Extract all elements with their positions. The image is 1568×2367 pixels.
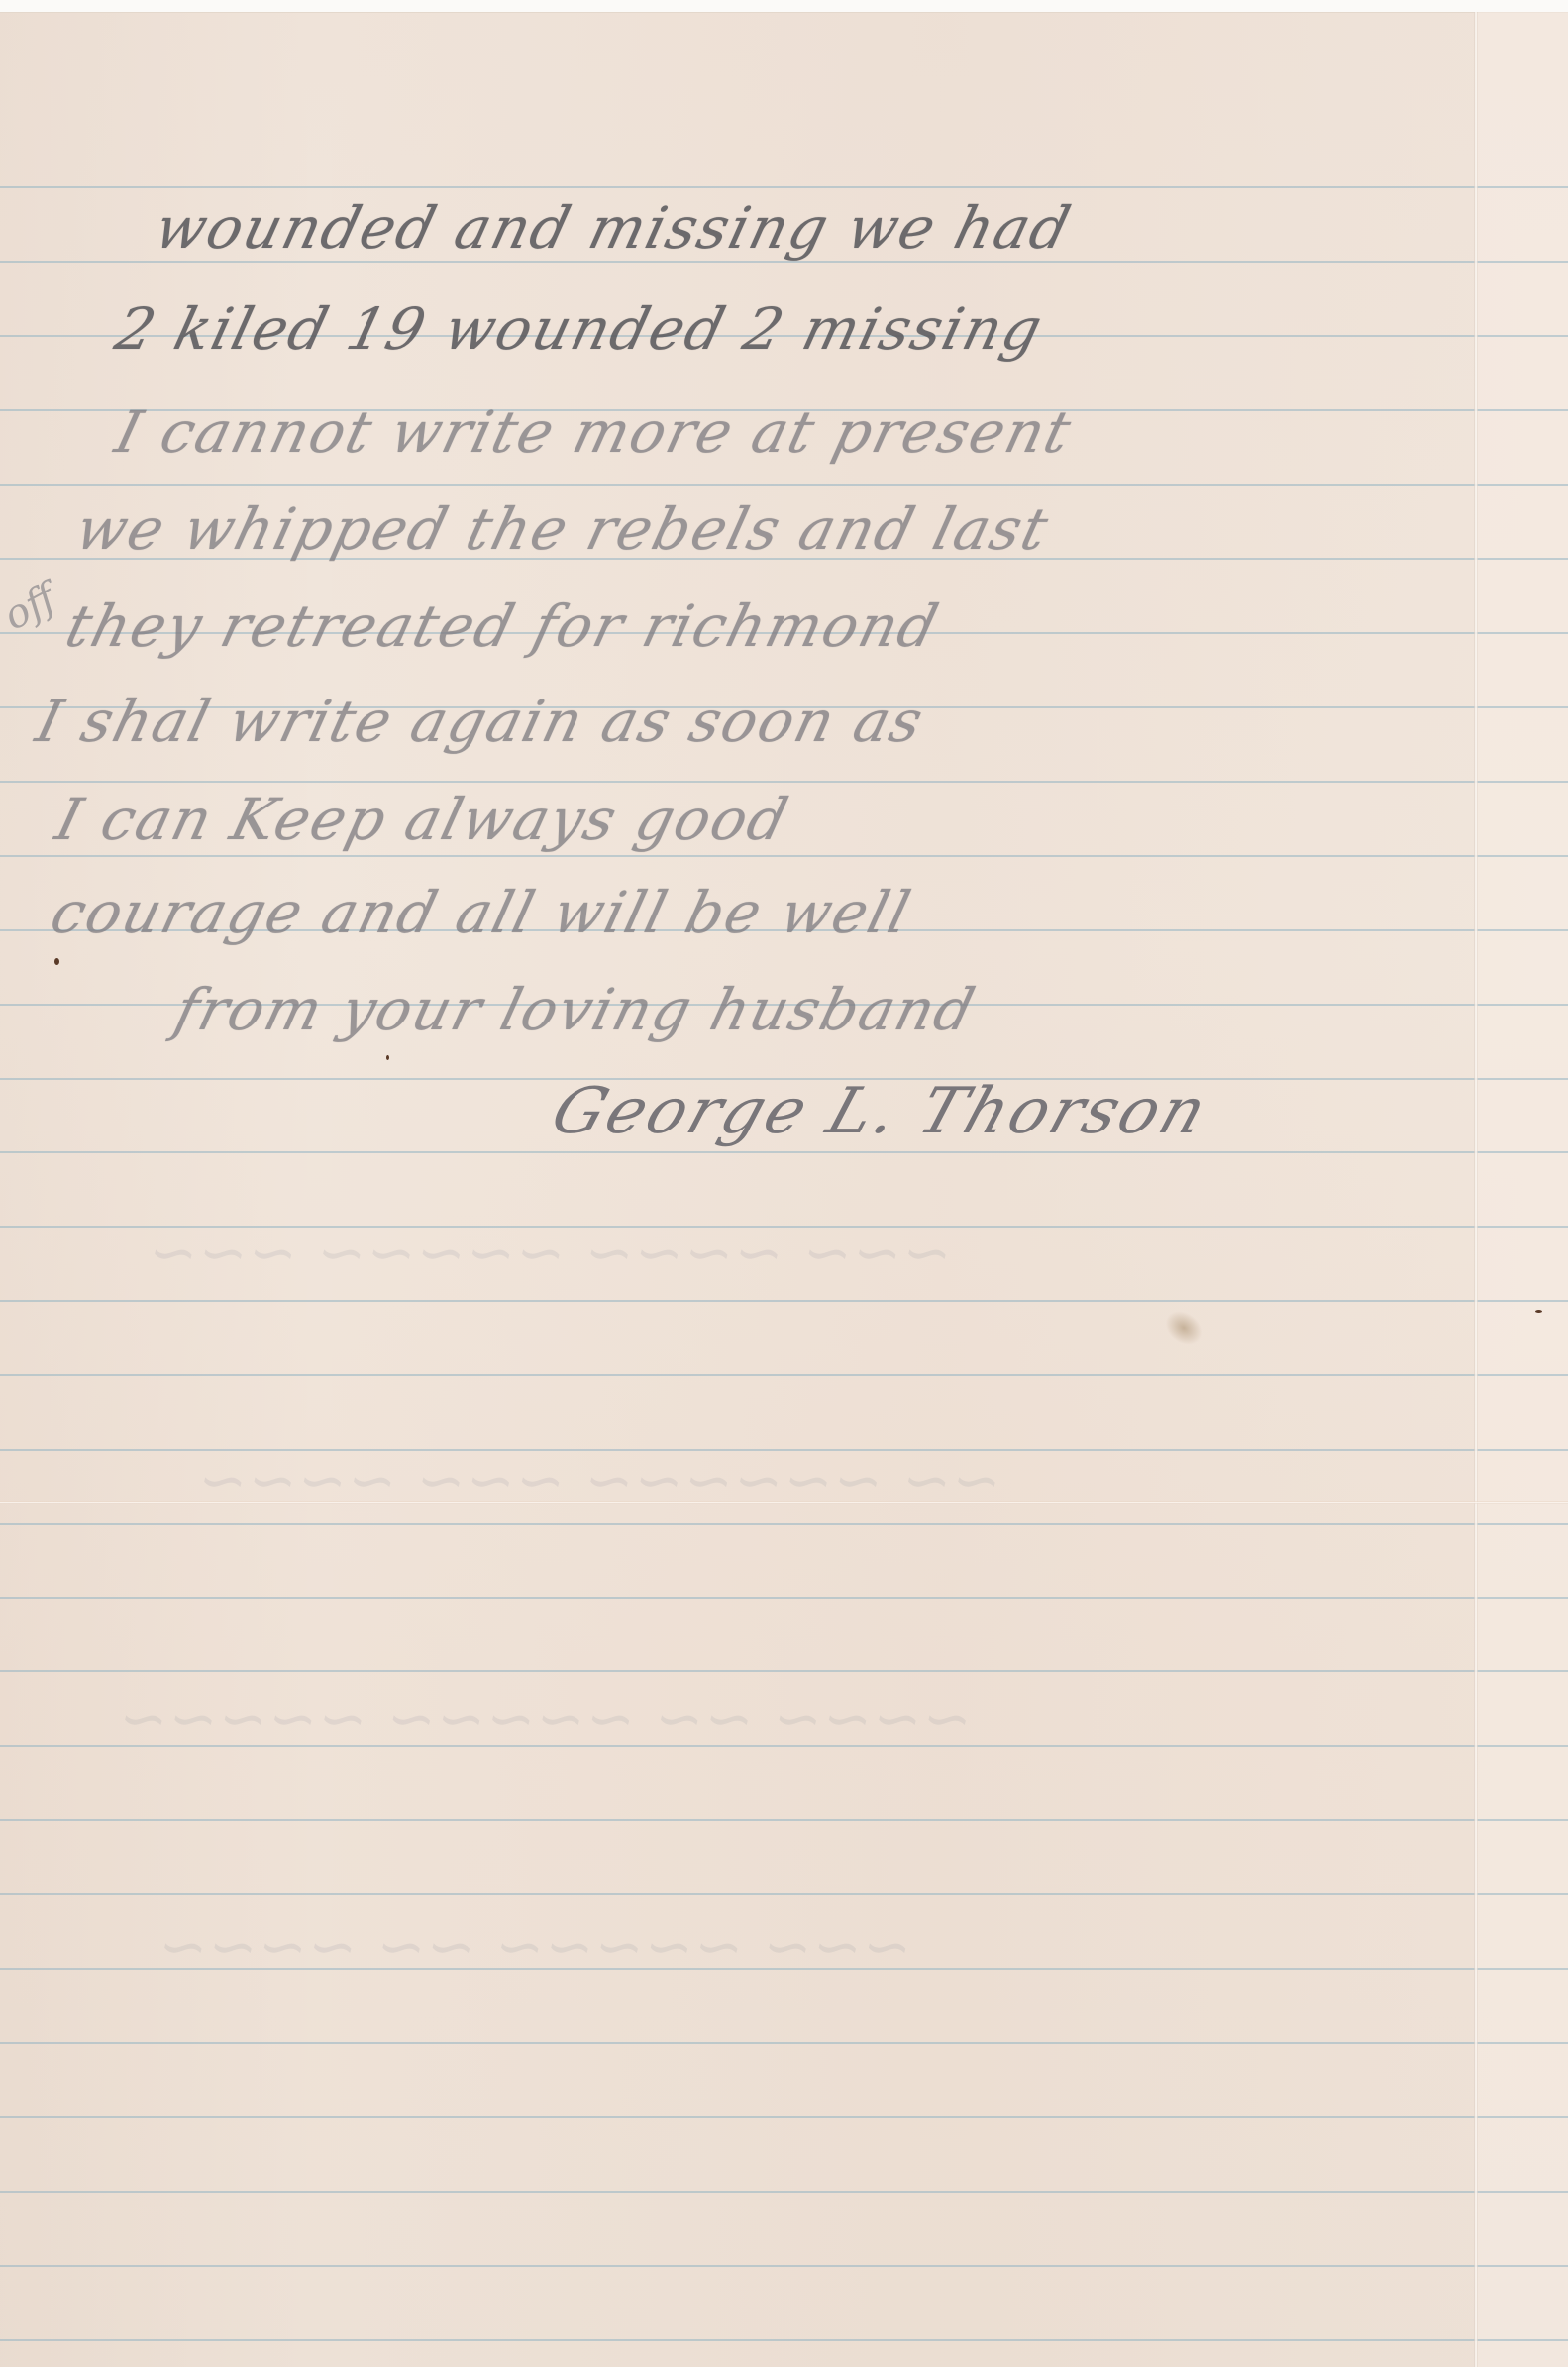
bleed-through-text: ~~~ ~~~~~ ~~ ~~~~ [150,1912,920,1982]
ruled-line [0,1597,1568,1599]
ink-speck [1535,1310,1542,1313]
ruled-line [0,2339,1568,2341]
letter-line-6: I shal write again as soon as [30,688,931,755]
ruled-line [0,2265,1568,2267]
ruled-line [0,2191,1568,2193]
ruled-line [0,1670,1568,1672]
letter-line-5: they retreated for richmond [59,592,946,660]
letter-line-3: I cannot write more at present [109,398,1079,466]
ink-speck [386,1055,389,1060]
letter-line-8: courage and all will be well [45,879,918,946]
margin-note: off [0,575,63,639]
bleed-through-text: ~~~ ~~~~ ~~~~~ ~~~ [140,1219,961,1288]
folded-panel [1478,12,1568,2367]
ink-speck [54,958,59,965]
bleed-through-text: ~~ ~~~~~~ ~~~ ~~~~ [189,1447,1010,1516]
ruled-line [0,855,1568,857]
letter-line-2: 2 kiled 19 wounded 2 missing [109,295,1050,363]
ruled-line [0,2116,1568,2118]
ruled-line [0,1300,1568,1302]
stain-mark [1159,1304,1208,1351]
ruled-line [0,2042,1568,2044]
ruled-line [0,1374,1568,1376]
ruled-line [0,1893,1568,1895]
ruled-line [0,1523,1568,1525]
ruled-line [0,1819,1568,1821]
ruled-line [0,1151,1568,1153]
letter-closing: from your loving husband [168,976,983,1043]
bleed-through-text: ~~~~ ~~ ~~~~~ ~~~~~ [110,1684,981,1754]
signature: George L. Thorson [543,1075,1217,1148]
paper-top-edge [0,0,1568,13]
ruled-line [0,484,1568,486]
ruled-line [0,781,1568,783]
letter-line-1: wounded and missing we had [149,194,1079,262]
letter-line-7: I can Keep always good [50,786,796,853]
letter-page: ~~~ ~~~~ ~~~~~ ~~~ ~~ ~~~~~~ ~~~ ~~~~ ~~… [0,0,1568,2367]
ruled-line [0,186,1568,188]
vertical-fold-crease [1474,12,1478,2367]
letter-line-4: we whipped the rebels and last [69,495,1056,563]
